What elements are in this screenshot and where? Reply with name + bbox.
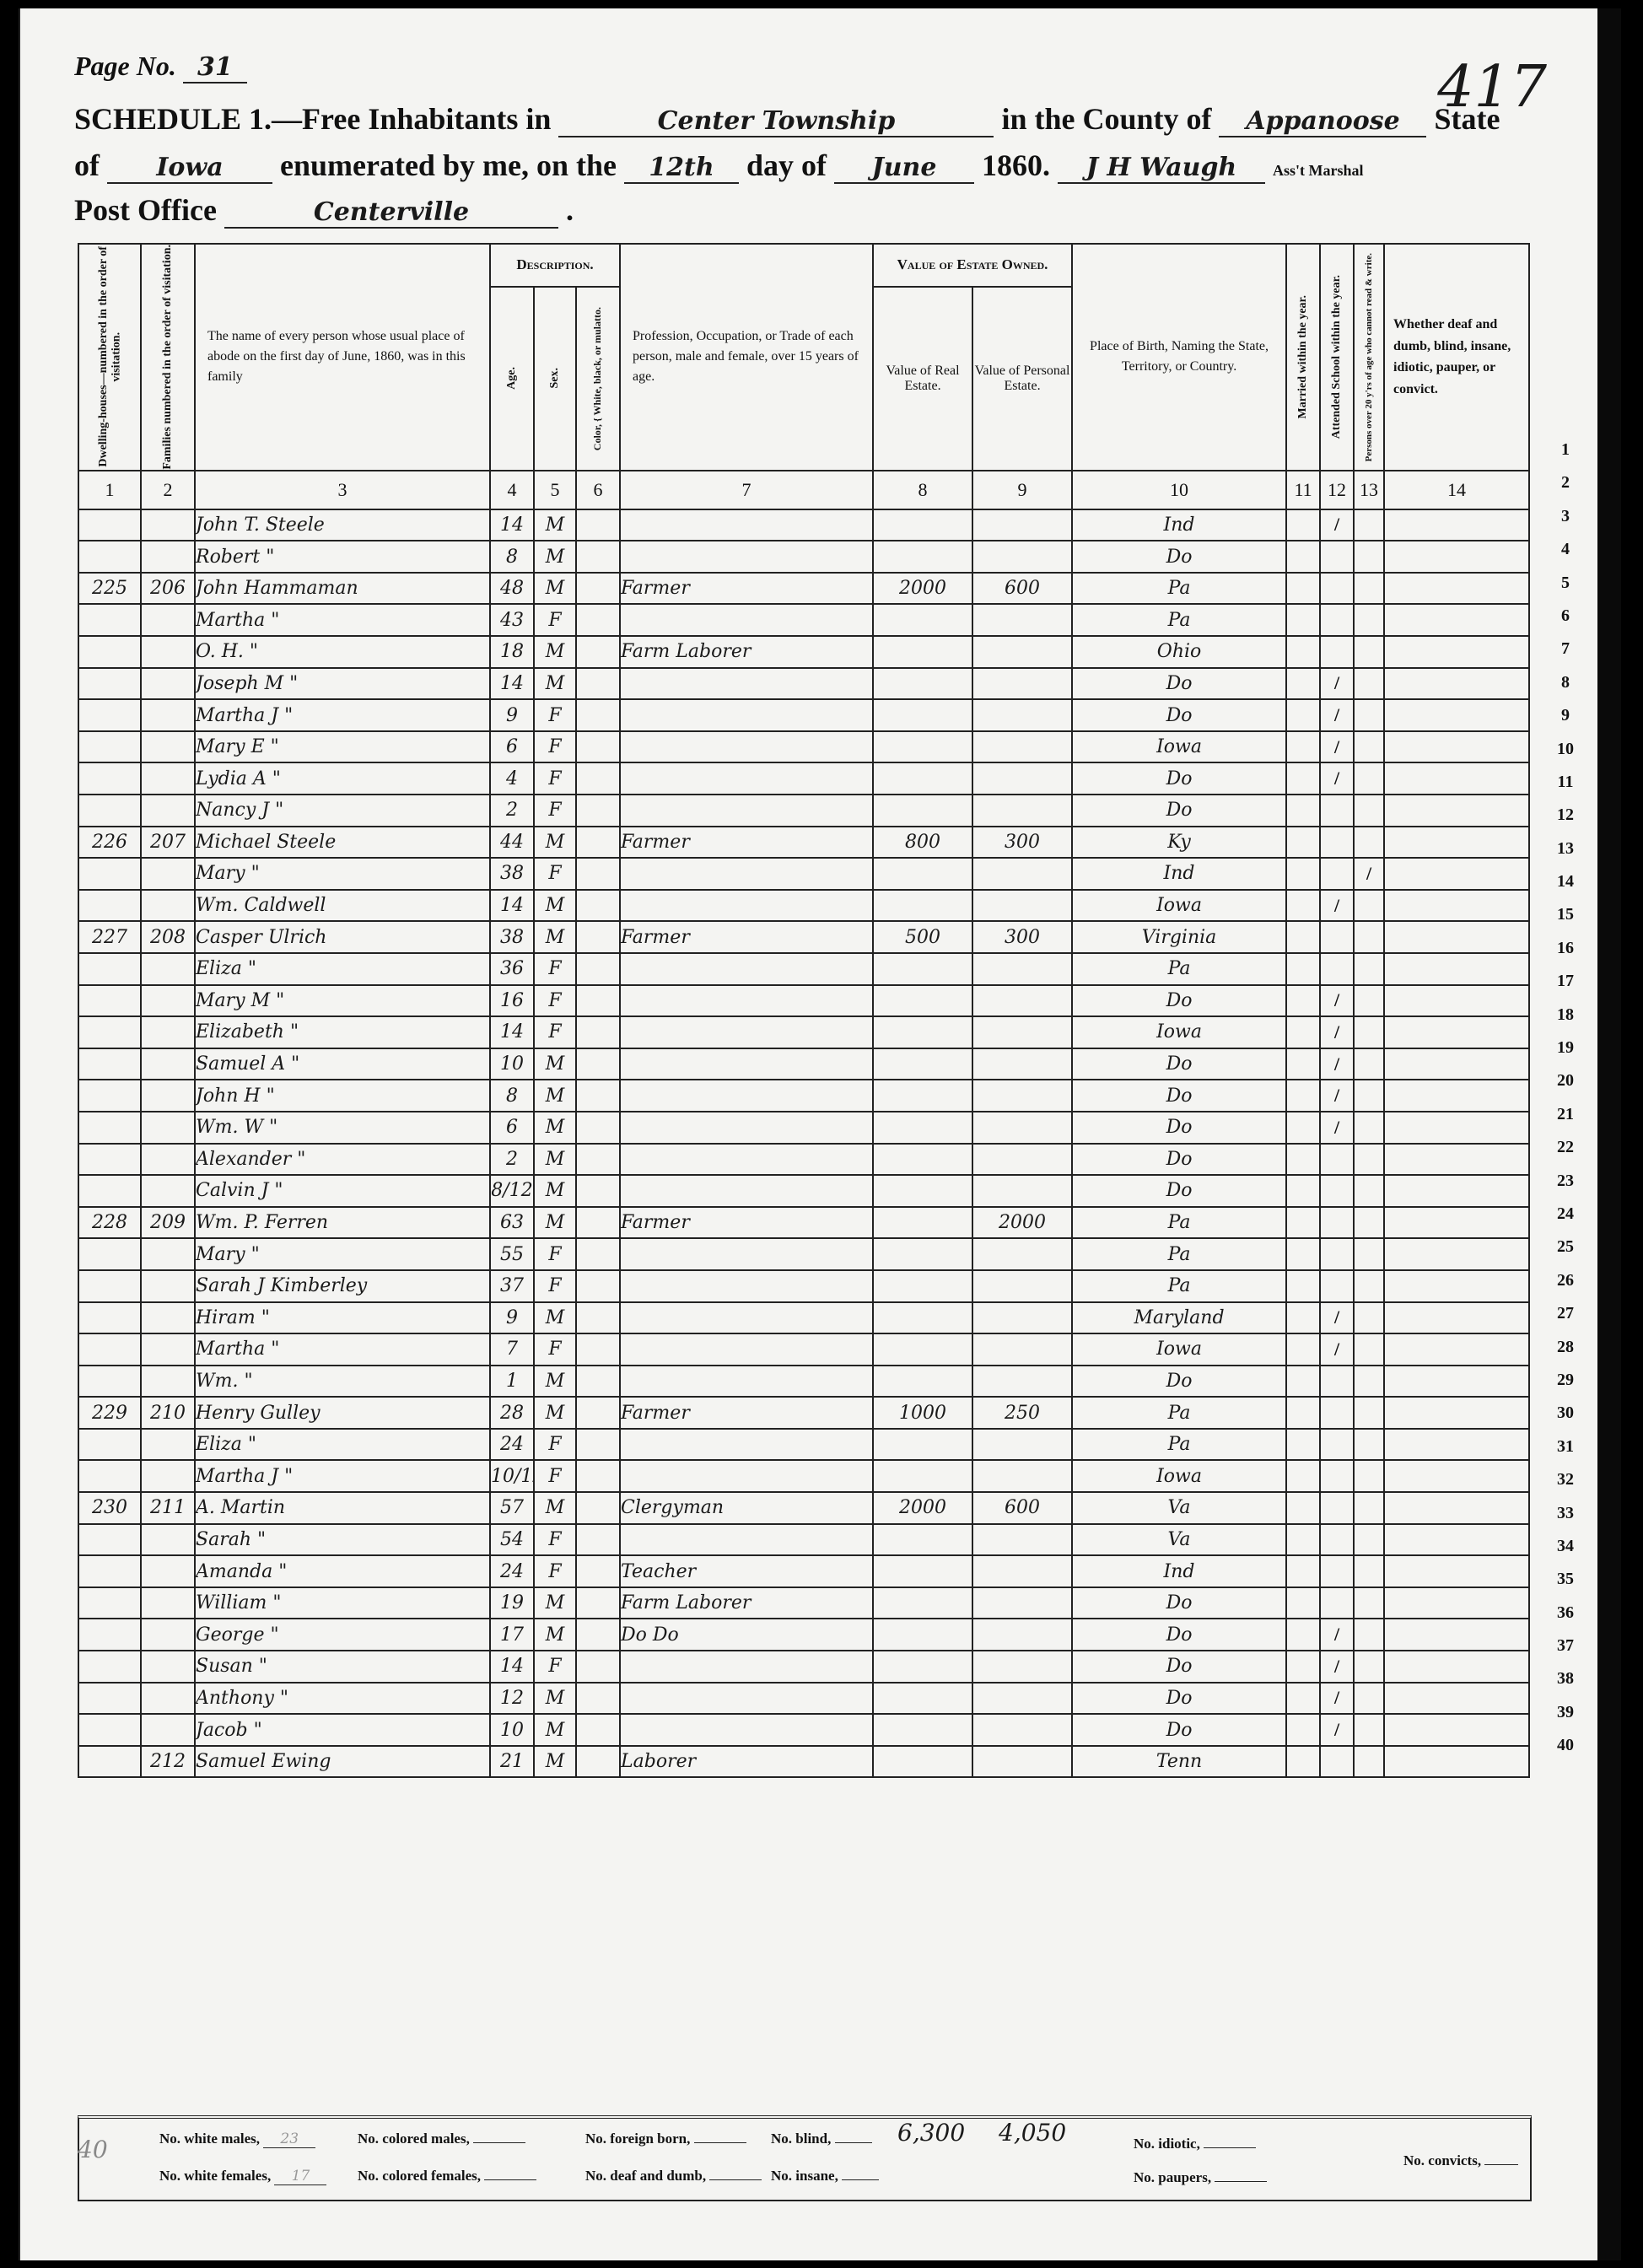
occupation <box>620 1683 873 1715</box>
family-number <box>141 1429 195 1461</box>
married-within-year <box>1286 1714 1320 1746</box>
occupation <box>620 668 873 700</box>
line-number: 34 <box>1540 1530 1591 1563</box>
condition <box>1384 858 1529 890</box>
sex: F <box>534 1016 576 1048</box>
condition <box>1384 1207 1529 1239</box>
attended-school: / <box>1320 1714 1354 1746</box>
personal-estate-value <box>972 795 1072 827</box>
age: 24 <box>490 1429 534 1461</box>
line-number: 16 <box>1540 932 1591 965</box>
dwelling-number <box>78 636 141 668</box>
dwelling-number <box>78 1238 141 1270</box>
real-estate-value <box>873 1144 972 1176</box>
blind-label: No. blind, <box>771 2131 831 2147</box>
personal-estate-value <box>972 1524 1072 1556</box>
line-number: 38 <box>1540 1662 1591 1695</box>
condition <box>1384 1080 1529 1112</box>
line-number: 27 <box>1540 1297 1591 1330</box>
married-within-year <box>1286 827 1320 859</box>
sex: M <box>534 1587 576 1619</box>
dwelling-number: 225 <box>78 573 141 605</box>
year: 1860. <box>982 148 1050 182</box>
real-estate-value <box>873 1460 972 1492</box>
line-number: 21 <box>1540 1098 1591 1131</box>
birthplace: Do <box>1072 1048 1286 1080</box>
table-row: Mary M "16FDo/ <box>78 985 1529 1017</box>
color <box>576 636 620 668</box>
col-family-header: Families numbered in the order of visita… <box>141 244 195 471</box>
line-number: 33 <box>1540 1497 1591 1530</box>
married-within-year <box>1286 1587 1320 1619</box>
married-within-year <box>1286 1651 1320 1683</box>
attended-school <box>1320 1555 1354 1587</box>
birthplace: Ky <box>1072 827 1286 859</box>
real-estate-value <box>873 1366 972 1398</box>
total-real-estate: 6,300 <box>897 2119 965 2147</box>
dwelling-number <box>78 1016 141 1048</box>
person-name: Wm. P. Ferren <box>195 1207 490 1239</box>
age: 38 <box>490 921 534 953</box>
married-within-year <box>1286 699 1320 731</box>
dwelling-number <box>78 1333 141 1366</box>
sex: M <box>534 1112 576 1144</box>
person-name: Amanda " <box>195 1555 490 1587</box>
married-within-year <box>1286 573 1320 605</box>
table-row: 230211A. Martin57MClergyman2000600Va <box>78 1492 1529 1524</box>
sex: M <box>534 509 576 541</box>
table-row: Jacob "10MDo/ <box>78 1714 1529 1746</box>
family-number: 206 <box>141 573 195 605</box>
age: 6 <box>490 1112 534 1144</box>
color <box>576 731 620 763</box>
attended-school: / <box>1320 890 1354 922</box>
personal-estate-value <box>972 1429 1072 1461</box>
personal-estate-value: 250 <box>972 1397 1072 1429</box>
sex: M <box>534 1080 576 1112</box>
census-rows: John T. Steele14MInd/Robert "8MDo225206J… <box>78 509 1529 1778</box>
married-within-year <box>1286 1270 1320 1302</box>
family-number: 207 <box>141 827 195 859</box>
real-estate-value <box>873 636 972 668</box>
birthplace: Do <box>1072 1683 1286 1715</box>
person-name: O. H. " <box>195 636 490 668</box>
dwelling-number: 226 <box>78 827 141 859</box>
col-illiterate-header: Persons over 20 y'rs of age who cannot r… <box>1354 244 1384 471</box>
personal-estate-value <box>972 604 1072 636</box>
line-number: 37 <box>1540 1630 1591 1662</box>
person-name: Calvin J " <box>195 1175 490 1207</box>
condition <box>1384 1524 1529 1556</box>
cannot-read-write <box>1354 509 1384 541</box>
col-dwelling-header: Dwelling-houses—numbered in the order of… <box>78 244 141 471</box>
personal-estate-value <box>972 1366 1072 1398</box>
cannot-read-write <box>1354 541 1384 573</box>
cannot-read-write <box>1354 953 1384 985</box>
family-number <box>141 953 195 985</box>
family-number <box>141 541 195 573</box>
birthplace: Do <box>1072 762 1286 795</box>
cannot-read-write <box>1354 762 1384 795</box>
line-number: 13 <box>1540 832 1591 865</box>
line-number: 18 <box>1540 999 1591 1032</box>
married-within-year <box>1286 1492 1320 1524</box>
scan-edge <box>1597 8 1621 2260</box>
line-number: 10 <box>1540 733 1591 766</box>
condition <box>1384 1302 1529 1334</box>
real-estate-value <box>873 762 972 795</box>
cannot-read-write <box>1354 636 1384 668</box>
sex: M <box>534 1302 576 1334</box>
attended-school <box>1320 1366 1354 1398</box>
color <box>576 1746 620 1778</box>
dwelling-number <box>78 1048 141 1080</box>
age: 9 <box>490 699 534 731</box>
birthplace: Pa <box>1072 1397 1286 1429</box>
person-name: Martha J " <box>195 699 490 731</box>
attended-school <box>1320 1587 1354 1619</box>
cannot-read-write <box>1354 1333 1384 1366</box>
table-row: William "19MFarm LaborerDo <box>78 1587 1529 1619</box>
sex: F <box>534 953 576 985</box>
married-within-year <box>1286 1429 1320 1461</box>
col-school-header: Attended School within the year. <box>1320 244 1354 471</box>
age: 54 <box>490 1524 534 1556</box>
sex: M <box>534 1175 576 1207</box>
condition <box>1384 985 1529 1017</box>
color <box>576 1619 620 1651</box>
birthplace: Iowa <box>1072 731 1286 763</box>
occupation <box>620 953 873 985</box>
married-within-year <box>1286 509 1320 541</box>
age: 63 <box>490 1207 534 1239</box>
occupation <box>620 1429 873 1461</box>
sex: F <box>534 699 576 731</box>
occupation <box>620 699 873 731</box>
birthplace: Do <box>1072 1714 1286 1746</box>
table-row: 228209Wm. P. Ferren63MFarmer2000Pa <box>78 1207 1529 1239</box>
table-row: Elizabeth "14FIowa/ <box>78 1016 1529 1048</box>
family-number <box>141 1683 195 1715</box>
person-name: Mary " <box>195 1238 490 1270</box>
real-estate-value: 2000 <box>873 573 972 605</box>
birthplace: Do <box>1072 699 1286 731</box>
real-estate-value: 500 <box>873 921 972 953</box>
person-name: Samuel A " <box>195 1048 490 1080</box>
married-within-year <box>1286 1746 1320 1778</box>
age: 18 <box>490 636 534 668</box>
birthplace: Ind <box>1072 858 1286 890</box>
condition <box>1384 827 1529 859</box>
sex: F <box>534 795 576 827</box>
sex: M <box>534 1714 576 1746</box>
table-row: Mary "55FPa <box>78 1238 1529 1270</box>
cannot-read-write <box>1354 890 1384 922</box>
color <box>576 604 620 636</box>
birthplace: Ind <box>1072 509 1286 541</box>
birthplace: Do <box>1072 1144 1286 1176</box>
personal-estate-value <box>972 668 1072 700</box>
birthplace: Do <box>1072 668 1286 700</box>
county-field: Appanoose <box>1219 106 1426 137</box>
dwelling-number <box>78 1144 141 1176</box>
line-number: 40 <box>1540 1729 1591 1762</box>
county-label: in the County of <box>1001 102 1211 136</box>
table-row: Wm. "1MDo <box>78 1366 1529 1398</box>
table-row: 212Samuel Ewing21MLaborerTenn <box>78 1746 1529 1778</box>
family-number <box>141 1270 195 1302</box>
person-name: Joseph M " <box>195 668 490 700</box>
real-estate-value <box>873 699 972 731</box>
right-line-numbers: 1234567891011121314151617181920212223242… <box>1540 434 1591 1763</box>
married-within-year <box>1286 1302 1320 1334</box>
personal-estate-value <box>972 1048 1072 1080</box>
birthplace: Do <box>1072 795 1286 827</box>
real-estate-value <box>873 1683 972 1715</box>
foreign-born-label: No. foreign born, <box>585 2131 690 2147</box>
age: 16 <box>490 985 534 1017</box>
condition <box>1384 921 1529 953</box>
attended-school <box>1320 1746 1354 1778</box>
personal-estate-value <box>972 1175 1072 1207</box>
family-number <box>141 858 195 890</box>
attended-school: / <box>1320 1112 1354 1144</box>
table-row: Nancy J "2FDo <box>78 795 1529 827</box>
line-number: 28 <box>1540 1331 1591 1364</box>
condition <box>1384 953 1529 985</box>
attended-school <box>1320 1207 1354 1239</box>
cannot-read-write <box>1354 1112 1384 1144</box>
family-number <box>141 668 195 700</box>
person-name: Wm. " <box>195 1366 490 1398</box>
color <box>576 921 620 953</box>
age: 10 <box>490 1714 534 1746</box>
color <box>576 762 620 795</box>
birthplace: Pa <box>1072 1238 1286 1270</box>
condition <box>1384 1714 1529 1746</box>
real-estate-value <box>873 509 972 541</box>
real-estate-value <box>873 795 972 827</box>
birthplace: Do <box>1072 1112 1286 1144</box>
sex: M <box>534 1492 576 1524</box>
person-name: Martha J " <box>195 1460 490 1492</box>
table-row: Martha J "10/12FIowa <box>78 1460 1529 1492</box>
real-estate-value <box>873 953 972 985</box>
personal-estate-value <box>972 762 1072 795</box>
sex: F <box>534 1429 576 1461</box>
color <box>576 1016 620 1048</box>
line-number: 30 <box>1540 1397 1591 1430</box>
color <box>576 1048 620 1080</box>
sex: M <box>534 1746 576 1778</box>
attended-school <box>1320 1144 1354 1176</box>
person-name: Sarah J Kimberley <box>195 1270 490 1302</box>
table-row: Alexander "2MDo <box>78 1144 1529 1176</box>
married-within-year <box>1286 1397 1320 1429</box>
cannot-read-write <box>1354 1175 1384 1207</box>
sex: M <box>534 827 576 859</box>
birthplace: Tenn <box>1072 1746 1286 1778</box>
person-name: John T. Steele <box>195 509 490 541</box>
person-name: Wm. W " <box>195 1112 490 1144</box>
occupation <box>620 1333 873 1366</box>
age: 7 <box>490 1333 534 1366</box>
condition <box>1384 1112 1529 1144</box>
personal-estate-value <box>972 541 1072 573</box>
personal-estate-value <box>972 1714 1072 1746</box>
family-number <box>141 1714 195 1746</box>
married-within-year <box>1286 890 1320 922</box>
attended-school <box>1320 1460 1354 1492</box>
color <box>576 1555 620 1587</box>
attended-school: / <box>1320 1302 1354 1334</box>
table-row: 225206John Hammaman48MFarmer2000600Pa <box>78 573 1529 605</box>
age: 17 <box>490 1619 534 1651</box>
personal-estate-value <box>972 1651 1072 1683</box>
married-within-year <box>1286 1207 1320 1239</box>
occupation <box>620 1366 873 1398</box>
color <box>576 858 620 890</box>
age: 37 <box>490 1270 534 1302</box>
condition <box>1384 795 1529 827</box>
line-number: 17 <box>1540 965 1591 998</box>
married-within-year <box>1286 921 1320 953</box>
sex: F <box>534 1460 576 1492</box>
sex: F <box>534 1651 576 1683</box>
col-personal-estate-header: Value of Personal Estate. <box>972 287 1072 471</box>
personal-estate-value <box>972 1112 1072 1144</box>
family-number <box>141 890 195 922</box>
sex: M <box>534 668 576 700</box>
table-row: 229210Henry Gulley28MFarmer1000250Pa <box>78 1397 1529 1429</box>
personal-estate-value <box>972 1016 1072 1048</box>
enumeration-line: of Iowa enumerated by me, on the 12th da… <box>74 148 1363 184</box>
married-within-year <box>1286 858 1320 890</box>
table-row: Mary E "6FIowa/ <box>78 731 1529 763</box>
married-within-year <box>1286 1080 1320 1112</box>
birthplace: Pa <box>1072 953 1286 985</box>
cannot-read-write <box>1354 1429 1384 1461</box>
dwelling-number <box>78 1524 141 1556</box>
table-row: 227208Casper Ulrich38MFarmer500300Virgin… <box>78 921 1529 953</box>
state-label: State <box>1434 102 1500 136</box>
cannot-read-write <box>1354 1651 1384 1683</box>
family-number: 211 <box>141 1492 195 1524</box>
real-estate-value <box>873 731 972 763</box>
birthplace: Virginia <box>1072 921 1286 953</box>
color <box>576 1714 620 1746</box>
sex: M <box>534 1619 576 1651</box>
occupation: Do Do <box>620 1619 873 1651</box>
dwelling-number <box>78 1619 141 1651</box>
personal-estate-value <box>972 1460 1072 1492</box>
sex: F <box>534 1524 576 1556</box>
color <box>576 1397 620 1429</box>
cannot-read-write <box>1354 1207 1384 1239</box>
condition <box>1384 731 1529 763</box>
sex: M <box>534 1048 576 1080</box>
white-females-value: 17 <box>274 2168 326 2185</box>
married-within-year <box>1286 1175 1320 1207</box>
color <box>576 699 620 731</box>
attended-school: / <box>1320 1333 1354 1366</box>
table-row: Hiram "9MMaryland/ <box>78 1302 1529 1334</box>
occupation <box>620 762 873 795</box>
real-estate-value <box>873 1207 972 1239</box>
cannot-read-write <box>1354 1302 1384 1334</box>
color <box>576 573 620 605</box>
person-name: Martha " <box>195 604 490 636</box>
age: 14 <box>490 509 534 541</box>
dwelling-number: 230 <box>78 1492 141 1524</box>
family-number <box>141 1460 195 1492</box>
age: 2 <box>490 1144 534 1176</box>
dwelling-number <box>78 1366 141 1398</box>
real-estate-value <box>873 1524 972 1556</box>
sex: F <box>534 1333 576 1366</box>
person-name: Sarah " <box>195 1524 490 1556</box>
age: 8/12 <box>490 1175 534 1207</box>
sex: M <box>534 1366 576 1398</box>
cannot-read-write <box>1354 921 1384 953</box>
condition <box>1384 1587 1529 1619</box>
person-name: Henry Gulley <box>195 1397 490 1429</box>
personal-estate-value: 600 <box>972 573 1072 605</box>
birthplace: Do <box>1072 1619 1286 1651</box>
real-estate-value <box>873 1714 972 1746</box>
person-name: Mary M " <box>195 985 490 1017</box>
colored-females-label: No. colored females, <box>358 2168 481 2184</box>
occupation: Farm Laborer <box>620 1587 873 1619</box>
marshal-signature: J H Waugh <box>1058 153 1265 184</box>
deaf-dumb-label: No. deaf and dumb, <box>585 2168 706 2184</box>
line-number: 4 <box>1540 533 1591 566</box>
col-occupation-header: Profession, Occupation, or Trade of each… <box>620 244 873 471</box>
person-name: Hiram " <box>195 1302 490 1334</box>
married-within-year <box>1286 731 1320 763</box>
line-number: 12 <box>1540 799 1591 832</box>
line-number: 2 <box>1540 466 1591 499</box>
insane-label: No. insane, <box>771 2168 838 2184</box>
attended-school: / <box>1320 668 1354 700</box>
condition <box>1384 762 1529 795</box>
birthplace: Va <box>1072 1524 1286 1556</box>
white-females-label: No. white females, <box>159 2168 271 2184</box>
dwelling-number <box>78 541 141 573</box>
attended-school <box>1320 921 1354 953</box>
married-within-year <box>1286 762 1320 795</box>
table-row: Samuel A "10MDo/ <box>78 1048 1529 1080</box>
attended-school <box>1320 1175 1354 1207</box>
condition <box>1384 1144 1529 1176</box>
post-office-field: Centerville <box>224 197 558 229</box>
age: 10 <box>490 1048 534 1080</box>
col-color-header: Color, { White, black, or mulatto. <box>576 287 620 471</box>
dwelling-number <box>78 699 141 731</box>
person-name: Mary " <box>195 858 490 890</box>
person-name: Nancy J " <box>195 795 490 827</box>
line-number: 29 <box>1540 1364 1591 1397</box>
dwelling-number <box>78 1175 141 1207</box>
dwelling-number <box>78 762 141 795</box>
age: 21 <box>490 1746 534 1778</box>
table-row: Martha J "9FDo/ <box>78 699 1529 731</box>
real-estate-value: 2000 <box>873 1492 972 1524</box>
dwelling-number <box>78 1683 141 1715</box>
occupation <box>620 1175 873 1207</box>
family-number <box>141 1144 195 1176</box>
birthplace: Pa <box>1072 604 1286 636</box>
